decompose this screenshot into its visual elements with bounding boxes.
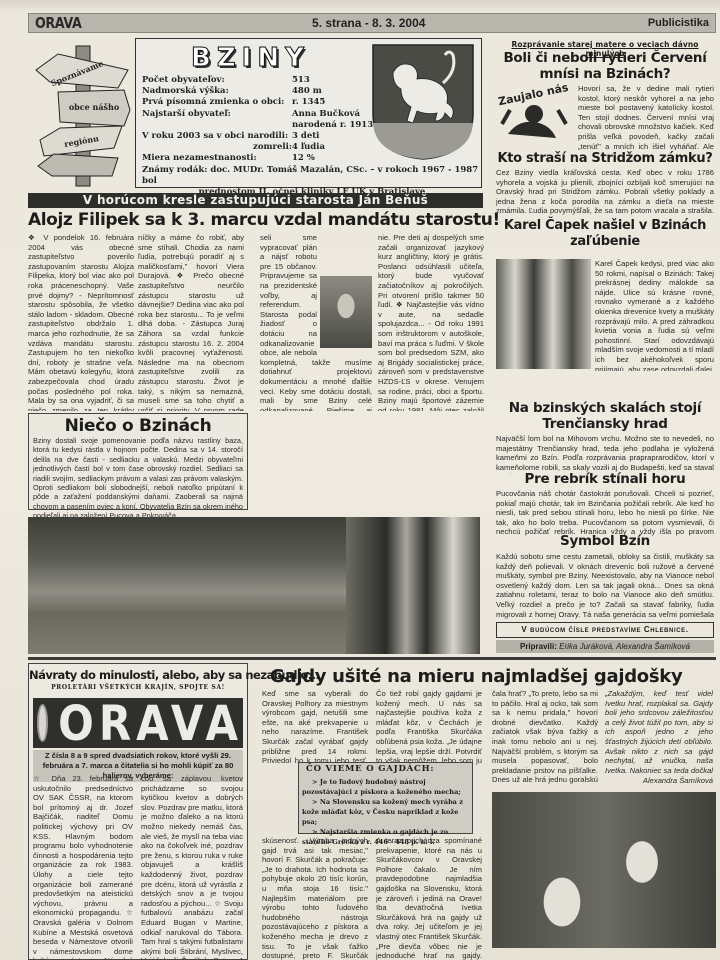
article-band: V horúcom kresle zastupujúci starosta Já… (28, 193, 483, 208)
ladder-text: Pucovčania náš chotár častokrát porušova… (496, 489, 714, 537)
masthead-brand: ORAVA (35, 14, 81, 32)
village-panorama-photo (28, 517, 346, 654)
bagpipes-column-1a: Keď sme sa vyberali do Oravskej Polhory … (262, 689, 368, 765)
article-column-2: níčky a máme čo robiť, aby sme stíhali. … (138, 233, 244, 411)
bagpipes-column-3: čala hrať? „To preto, lebo sa mi to páči… (492, 689, 598, 785)
svg-text:obce nášho: obce nášho (69, 102, 120, 112)
bagpipe-players-photo (492, 792, 716, 948)
bagpipes-column-4: „Zakaždým, keď tesť videl Ivetku hrať, r… (605, 689, 713, 775)
about-text: Bziny dostali svoje pomenovanie podľa ná… (29, 436, 247, 521)
bagpipes-column-2a: Čo tiež robí gajdy gajdami je kožený mec… (376, 689, 482, 765)
section-divider (28, 657, 716, 660)
orava-old-logo: ORAVA (33, 698, 243, 748)
article-column-1: ❖ V pondelok 16. februára 2004 vás obecn… (28, 233, 134, 411)
bagpipes-headline: Gajdy ušité na mieru najmladšej gajdošky (270, 666, 720, 687)
village-name: BZINY (191, 43, 310, 73)
masthead-bar: ORAVA 5. strana - 8. 3. 2004 Publicistik… (28, 13, 716, 33)
about-bziny-box: Niečo o Bzinách Bziny dostali svoje pome… (28, 413, 248, 510)
knights-text: Hovorí sa, že v dedine mali rytieri kost… (496, 84, 714, 150)
bagpipes-column-1b: skúsenosť. „Výroba jedných gajd trvá asi… (262, 836, 368, 960)
bagpipes-column-2b: A teraz prichádza spomínané prekvapenie,… (376, 836, 482, 960)
section-label: Publicistika (648, 17, 709, 29)
trencin-text: Najväčší lom bol na Mihovom vrchu. Možno… (496, 434, 714, 474)
facts-box-title: ČO VIEME O GAJDÁCH: (306, 764, 469, 774)
history-box: Návraty do minulosti, alebo, aby sa neza… (28, 663, 248, 960)
lion-crest-icon (371, 43, 475, 161)
castle-headline: Kto straší na Stridžom zámku? (496, 151, 714, 166)
newspaper-page: ORAVA 5. strana - 8. 3. 2004 Publicistik… (0, 0, 720, 960)
symbol-headline: Symbol Bzín (496, 533, 714, 549)
article-column-3: seli sme vypracovať plán a nájsť robotu … (260, 233, 372, 411)
history-title: Návraty do minulosti, alebo, aby sa neza… (29, 668, 247, 682)
main-headline: Alojz Filipek sa k 3. marcu vzdal mandát… (28, 209, 488, 231)
signpost-icon: Spoznávame obce nášho regiónu (30, 40, 134, 190)
village-info-box: BZINY Počet obyvateľov:513 Nadmorská výš… (135, 38, 482, 188)
page-date: 5. strana - 8. 3. 2004 (312, 16, 425, 30)
folk-costume-photo (496, 259, 591, 369)
next-issue-box: V budúcom čísle predstavíme Chlebnice. (496, 622, 714, 638)
article-column-4: nie. Pre deti aj dospelých sme začali or… (378, 233, 484, 411)
famous-native: Známy rodák: doc. MUDr. Tomáš Mazalán, C… (142, 165, 482, 187)
portrait-photo (320, 276, 372, 348)
symbol-text: Každú sobotu sme cestu zametali, obloky … (496, 552, 714, 620)
bagpipe-facts-box: ČO VIEME O GAJDÁCH: Je to ľudový hudobný… (298, 762, 473, 834)
about-title: Niečo o Bzinách (29, 416, 247, 436)
history-column-2: cou sa záplavou kvetov prichádzame so sv… (141, 774, 243, 959)
capek-text: Karel Čapek kedysi, pred viac ako 50 rok… (595, 259, 714, 371)
history-column-1: ☆ Dňa 23. februára sa uskutočnilo predse… (33, 774, 133, 959)
knights-headline: Boli či neboli rytieri Červení mnísi na … (496, 50, 714, 82)
bagpipes-author: Alexandra Šamíková (605, 776, 713, 786)
ladder-headline: Pre rebrík stínali horu (496, 471, 714, 487)
seal-icon (37, 704, 48, 742)
prepared-by: Pripravili: Erika Juráková, Alexandra Ša… (496, 640, 714, 653)
crowd-photo (346, 517, 480, 654)
capek-headline: Karel Čapek našiel v Bzinách zaľúbenie (496, 218, 714, 250)
history-slogan: PROLETÁRI VŠETKÝCH KRAJÍN, SPOJTE SA! (29, 684, 247, 691)
castle-text: Cez Bziny viedla kráľovská cesta. Keď ob… (496, 168, 714, 216)
trencin-headline: Na bzinských skalách stojí Trenčiansky h… (496, 400, 714, 432)
